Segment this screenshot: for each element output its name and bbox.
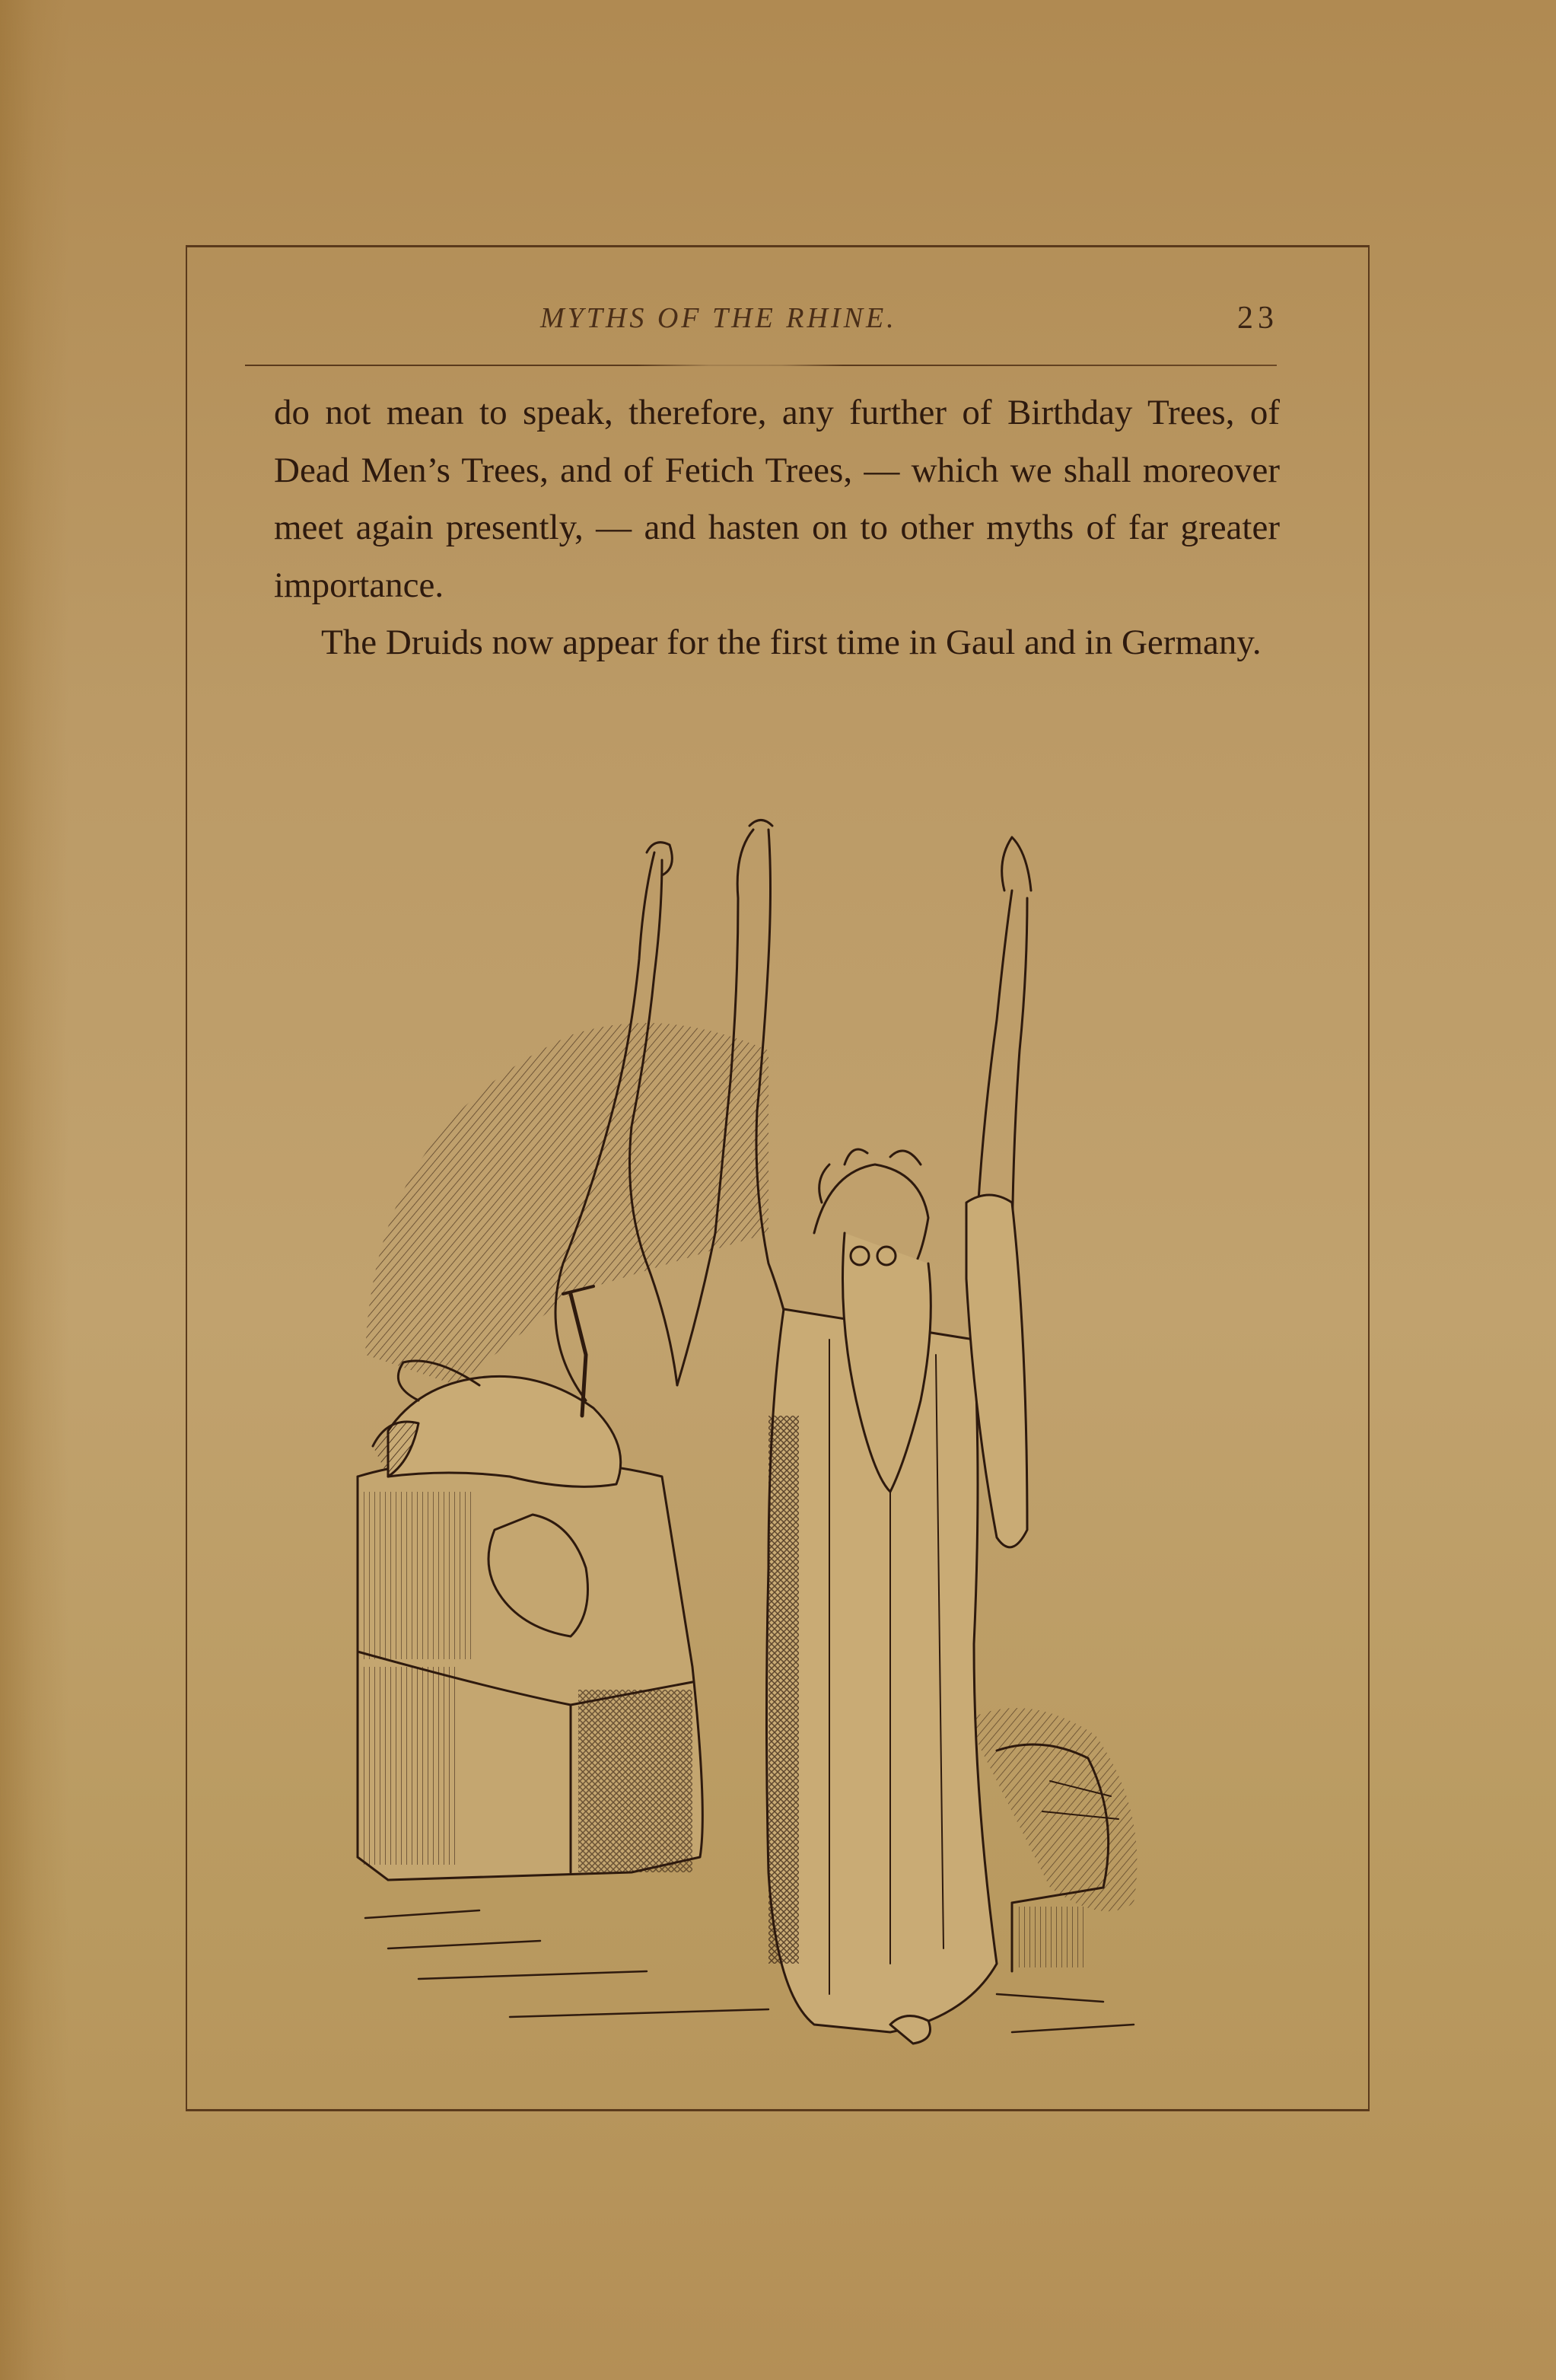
running-title: MYTHS OF THE RHINE. [540, 301, 897, 335]
body-text: do not mean to speak, therefore, any fur… [274, 384, 1280, 672]
druid-sacrifice-illustration [342, 807, 1225, 2055]
page-number: 23 [1237, 300, 1278, 336]
paragraph: The Druids now appear for the first time… [274, 614, 1280, 672]
spine-shadow [0, 0, 68, 2380]
engraving-image [342, 807, 1225, 2055]
paragraph: do not mean to speak, therefore, any fur… [274, 384, 1280, 614]
header-rule [245, 365, 1277, 366]
running-header: MYTHS OF THE RHINE. 23 [243, 301, 1278, 347]
